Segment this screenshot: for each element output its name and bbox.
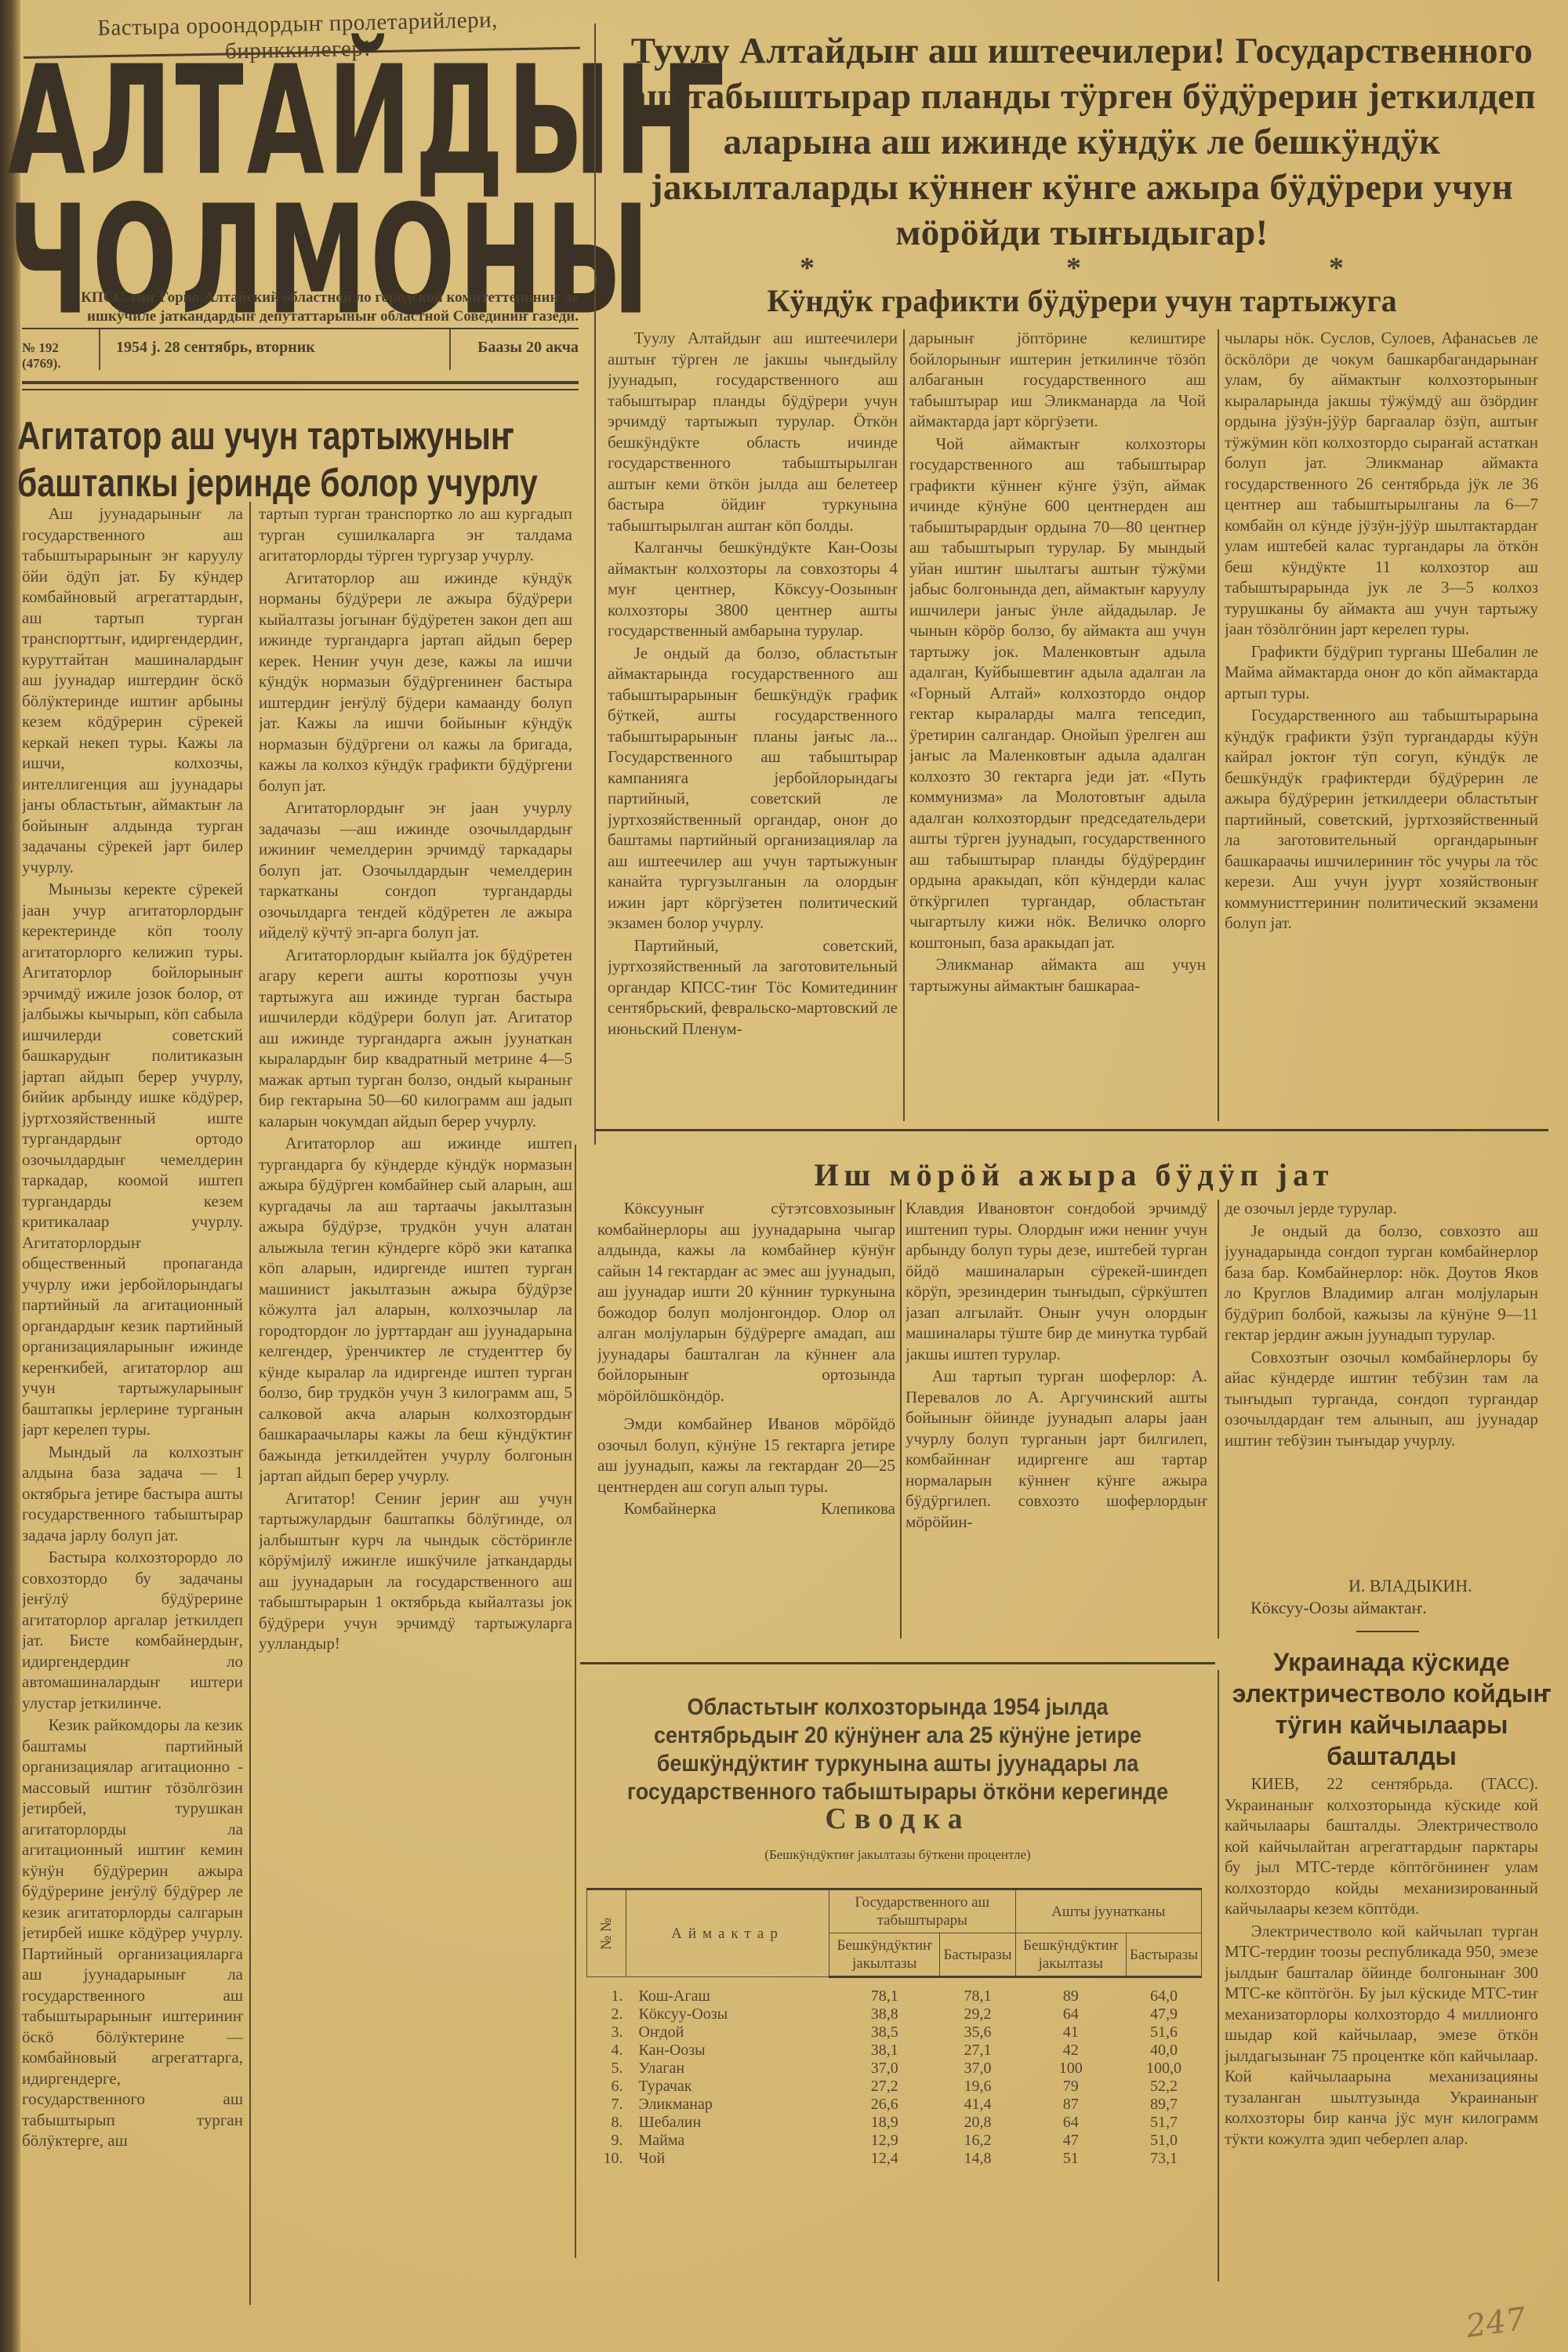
- harvest-plan-pct: 87: [1015, 2096, 1126, 2114]
- masthead-rule: [22, 389, 579, 390]
- harvest-plan-pct: 100: [1015, 2060, 1126, 2078]
- harvest-plan-pct: 51: [1015, 2150, 1126, 2168]
- column-divider: [1218, 1200, 1219, 1639]
- paragraph-tail: Комбайнерка Клепикова: [597, 1498, 895, 1519]
- harvest-total-pct: 51,6: [1126, 2024, 1201, 2042]
- article-work-title: Иш мӧрӧй ажыра бӱдӱп јат: [596, 1156, 1552, 1193]
- title-line: Агитатор аш учун тартыжуныҥ: [17, 412, 467, 459]
- paragraph: Эмди комбайнер Иванов мӧрӧйдӧ озочыл бол…: [597, 1414, 895, 1497]
- article-ukraine-title: Украинада кӱскиде электричестволо койдыҥ…: [1227, 1646, 1556, 1772]
- region-name: Кӧксуу-Оозы: [626, 2005, 829, 2024]
- paragraph: Украинаныҥ колхозторында кӱскиде кой кай…: [1225, 1795, 1538, 1918]
- article-work-col1: Кӧксууныҥ сӱтэтсовхозыныҥ комбайнерлоры …: [597, 1198, 895, 1637]
- region-name: Кан-Оозы: [626, 2042, 829, 2060]
- masthead-rule: [22, 381, 579, 384]
- paragraph: Электричестволо кой кайчылап турган МТС-…: [1225, 1921, 1538, 2150]
- harvest-total-pct: 40,0: [1126, 2042, 1201, 2060]
- article-daily-title: Кӱндӱк графикти бӱдӱрери учун тартыжуга: [619, 282, 1544, 319]
- state-plan-pct: 27,2: [829, 2078, 940, 2096]
- article-agitator-col1: Аш јуунадарыныҥ ла государственного аш т…: [22, 503, 243, 2299]
- star-ornament: *: [800, 251, 815, 285]
- row-number: 7.: [587, 2096, 626, 2114]
- state-total-pct: 14,8: [940, 2150, 1015, 2168]
- col-header-state-delivery: Государственного аш табыштырары: [829, 1889, 1015, 1933]
- harvest-total-pct: 89,7: [1126, 2096, 1201, 2114]
- state-plan-pct: 38,8: [829, 2005, 940, 2024]
- state-plan-pct: 26,6: [829, 2096, 940, 2114]
- paragraph: дарыныҥ јӧптӧрине келиштире бойлорыныҥ и…: [909, 328, 1206, 432]
- svodka-heading: Областьтыҥ колхозторында 1954 јылда сент…: [615, 1693, 1180, 1806]
- article-agitator-col2: тартып турган транспортко ло аш кургадып…: [259, 503, 572, 2299]
- state-plan-pct: 37,0: [829, 2060, 940, 2078]
- paragraph: Бастыра колхозторордо ло совхозтордо бу …: [22, 1547, 243, 1713]
- row-number: 6.: [587, 2078, 626, 2096]
- state-plan-pct: 38,1: [829, 2042, 940, 2060]
- state-total-pct: 16,2: [940, 2132, 1015, 2150]
- row-number: 1.: [587, 1977, 626, 2006]
- paragraph: Клавдия Ивановтоҥ соҥдобой эрчимдӱ иштен…: [906, 1198, 1207, 1364]
- paragraph: Агитаторлор аш ижинде кӱндӱк норманы бӱд…: [259, 568, 572, 797]
- article-work-col2: Клавдия Ивановтоҥ соҥдобой эрчимдӱ иштен…: [906, 1198, 1207, 1637]
- star-ornament: *: [1329, 251, 1344, 285]
- state-total-pct: 35,6: [940, 2024, 1015, 2042]
- state-plan-pct: 12,9: [829, 2132, 940, 2150]
- column-divider: [1218, 329, 1219, 1121]
- state-plan-pct: 78,1: [829, 1977, 940, 2006]
- paragraph: Государственного аш табыштырарына кӱндӱк…: [1225, 705, 1538, 934]
- harvest-total-pct: 73,1: [1126, 2150, 1201, 2168]
- table-row: 2.Кӧксуу-Оозы38,829,26447,9: [587, 2005, 1202, 2024]
- article-daily-col3: чылары нӧк. Суслов, Сулоев, Афанасьев ле…: [1225, 328, 1538, 1120]
- paragraph: Агитатор! Сениҥ јериҥ аш учун тартыжулар…: [259, 1488, 572, 1654]
- page-binding-shadow: [0, 0, 20, 2352]
- issue-date: 1954 ј. 28 сентябрь, вторник: [116, 339, 430, 357]
- divider: [1356, 1631, 1419, 1632]
- paragraph: чылары нӧк. Суслов, Сулоев, Афанасьев ле…: [1225, 328, 1538, 640]
- svodka-note: (Бешкӱндӱктиҥ јакылтазы бӱткени процентл…: [584, 1847, 1211, 1863]
- state-total-pct: 37,0: [940, 2060, 1015, 2078]
- row-number: 5.: [587, 2060, 626, 2078]
- dateline: КИЕВ, 22 сентябрьда. (ТАСС). Украинаныҥ …: [1225, 1773, 1538, 1919]
- state-total-pct: 78,1: [940, 1977, 1015, 2006]
- col-header-total: Бастыразы: [1126, 1933, 1201, 1977]
- col-header-plan: Бешкӱндӱктиҥ јакылтазы: [829, 1933, 940, 1977]
- region-name: Турачак: [626, 2078, 829, 2096]
- row-number: 10.: [587, 2150, 626, 2168]
- region-name: Оҥдой: [626, 2024, 829, 2042]
- issue-bar: № 192 (4769). 1954 ј. 28 сентябрь, вторн…: [22, 329, 579, 370]
- text: Клепикова: [795, 1498, 895, 1519]
- title-line: баштапкы јеринде болор учурлу: [17, 459, 467, 506]
- paragraph: Совхозтыҥ озочыл комбайнерлоры бу айас к…: [1225, 1347, 1538, 1451]
- signature-place: Кӧксуу-Оозы аймактаҥ.: [1250, 1598, 1427, 1618]
- paragraph: Мындый ла колхозтыҥ алдына база задача —…: [22, 1442, 243, 1546]
- state-total-pct: 29,2: [940, 2005, 1015, 2024]
- column-divider: [594, 24, 596, 1145]
- lead-slogan: Туулу Алтайдыҥ аш иштеечилери! Государст…: [619, 28, 1544, 256]
- section-rule: [580, 1662, 1215, 1664]
- divider: [449, 329, 451, 370]
- paragraph: Агитаторлордыҥ эҥ јаан учурлу задачазы —…: [259, 797, 572, 943]
- harvest-plan-pct: 79: [1015, 2078, 1126, 2096]
- row-number: 8.: [587, 2114, 626, 2132]
- column-divider: [1218, 1670, 1219, 2281]
- table-row: 6.Турачак27,219,67952,2: [587, 2078, 1202, 2096]
- col-header-num: № №: [587, 1889, 626, 1977]
- paragraph: Мынызы керекте сӱрекей јаан учур агитато…: [22, 879, 243, 1440]
- harvest-total-pct: 47,9: [1126, 2005, 1201, 2024]
- table-row: 5.Улаган37,037,0100100,0: [587, 2060, 1202, 2078]
- page-number-pencil-mark: 247: [1464, 2301, 1528, 2345]
- harvest-plan-pct: 41: [1015, 2024, 1126, 2042]
- paragraph: Кӧксууныҥ сӱтэтсовхозыныҥ комбайнерлоры …: [597, 1198, 895, 1406]
- paragraph: Аш јуунадарыныҥ ла государственного аш т…: [22, 503, 243, 877]
- paragraph: Чой аймактыҥ колхозторы государственного…: [909, 434, 1206, 953]
- column-divider: [249, 502, 251, 2305]
- svodka-table: № № Аймактар Государственного аш табышты…: [586, 1888, 1202, 2168]
- harvest-plan-pct: 64: [1015, 2114, 1126, 2132]
- paragraph: тартып турган транспортко ло аш кургадып…: [259, 503, 572, 566]
- paragraph: Партийный, советский, јуртхозяйственный …: [608, 935, 898, 1040]
- table-row: 4.Кан-Оозы38,127,14240,0: [587, 2042, 1202, 2060]
- region-name: Майма: [626, 2132, 829, 2150]
- state-plan-pct: 38,5: [829, 2024, 940, 2042]
- state-total-pct: 41,4: [940, 2096, 1015, 2114]
- harvest-plan-pct: 89: [1015, 1977, 1126, 2006]
- harvest-total-pct: 51,0: [1126, 2132, 1201, 2150]
- table-row: 9.Майма12,916,24751,0: [587, 2132, 1202, 2150]
- paragraph: Эликманар аймакта аш учун тартыжуны айма…: [909, 954, 1206, 996]
- issue-number: № 192 (4769).: [22, 340, 93, 372]
- paragraph: Агитаторлордыҥ кыйалта јок бӱдӱретен ага…: [259, 945, 572, 1132]
- state-total-pct: 20,8: [940, 2114, 1015, 2132]
- article-daily-col2: дарыныҥ јӧптӧрине келиштире бойлорыныҥ и…: [909, 328, 1206, 1120]
- paragraph: де озочыл јерде турулар.: [1225, 1198, 1538, 1219]
- state-total-pct: 19,6: [940, 2078, 1015, 2096]
- harvest-plan-pct: 64: [1015, 2005, 1126, 2024]
- article-ukraine-body: КИЕВ, 22 сентябрьда. (ТАСС). Украинаныҥ …: [1225, 1773, 1538, 2307]
- paragraph: Графикти бӱдӱрип турганы Шебалин ле Майм…: [1225, 641, 1538, 704]
- harvest-total-pct: 52,2: [1126, 2078, 1201, 2096]
- article-agitator-title: Агитатор аш учун тартыжуныҥ баштапкы јер…: [17, 412, 467, 506]
- paragraph: Туулу Алтайдыҥ аш иштеечилери аштыҥ тӱрг…: [608, 328, 898, 535]
- divider: [99, 329, 100, 370]
- table-row: 7.Эликманар26,641,48789,7: [587, 2096, 1202, 2114]
- col-header-plan: Бешкӱндӱктиҥ јакылтазы: [1015, 1933, 1126, 1977]
- region-name: Улаган: [626, 2060, 829, 2078]
- signature-name: И. ВЛАДЫКИН.: [1348, 1576, 1472, 1596]
- paragraph: Аш тартып турган шоферлор: А. Перевалов …: [906, 1366, 1207, 1532]
- article-work-col3: де озочыл јерде турулар. Је ондый да бол…: [1225, 1198, 1538, 1566]
- harvest-total-pct: 51,7: [1126, 2114, 1201, 2132]
- paragraph: Кезик райкомдоры ла кезик баштамы партий…: [22, 1715, 243, 2151]
- region-name: Шебалин: [626, 2114, 829, 2132]
- harvest-plan-pct: 42: [1015, 2042, 1126, 2060]
- row-number: 9.: [587, 2132, 626, 2150]
- region-name: Чой: [626, 2150, 829, 2168]
- column-divider: [900, 1200, 902, 1639]
- article-daily-col1: Туулу Алтайдыҥ аш иштеечилери аштыҥ тӱрг…: [608, 328, 898, 1120]
- masthead-subtitle: КПСС-тиҥ Горно-Алтайский областной ло го…: [22, 289, 579, 326]
- svodka-title: Сводка: [584, 1802, 1211, 1836]
- harvest-total-pct: 100,0: [1126, 2060, 1201, 2078]
- row-number: 4.: [587, 2042, 626, 2060]
- state-plan-pct: 18,9: [829, 2114, 940, 2132]
- header-text: № №: [597, 1917, 615, 1949]
- row-number: 2.: [587, 2005, 626, 2024]
- text: Комбайнерка: [597, 1498, 716, 1519]
- region-name: Кош-Агаш: [626, 1977, 829, 2006]
- column-divider: [575, 1145, 576, 2258]
- harvest-total-pct: 64,0: [1126, 1977, 1201, 2006]
- newspaper-page: Бастыра ороондордыҥ пролетарийлери, бири…: [0, 0, 1568, 2352]
- state-plan-pct: 12,4: [829, 2150, 940, 2168]
- table-row: 3.Оҥдой38,535,64151,6: [587, 2024, 1202, 2042]
- region-name: Эликманар: [626, 2096, 829, 2114]
- column-divider: [903, 329, 905, 1121]
- row-number: 3.: [587, 2024, 626, 2042]
- harvest-plan-pct: 47: [1015, 2132, 1126, 2150]
- dateline-text: КИЕВ, 22 сентябрьда. (ТАСС).: [1251, 1774, 1538, 1793]
- col-header-region: Аймактар: [626, 1889, 829, 1977]
- issue-price: Баазы 20 акча: [461, 339, 579, 357]
- col-header-total: Бастыразы: [940, 1933, 1015, 1977]
- paragraph: Је ондый да болзо, совхозто аш јуунадары…: [1225, 1221, 1538, 1345]
- table-row: 8.Шебалин18,920,86451,7: [587, 2114, 1202, 2132]
- section-rule: [596, 1129, 1548, 1131]
- paragraph: Агитаторлор аш ижинде иштеп тургандарга …: [259, 1133, 572, 1486]
- state-total-pct: 27,1: [940, 2042, 1015, 2060]
- col-header-harvest: Ашты јуунатканы: [1015, 1889, 1202, 1933]
- table-row: 1.Кош-Агаш78,178,18964,0: [587, 1977, 1202, 2006]
- star-ornament: *: [1066, 251, 1081, 285]
- paragraph: Је ондый да болзо, областьтыҥ аймактарын…: [608, 643, 898, 934]
- paragraph: Калганчы бешкӱндӱкте Кан-Оозы аймактыҥ к…: [608, 537, 898, 641]
- table-row: 10.Чой12,414,85173,1: [587, 2150, 1202, 2168]
